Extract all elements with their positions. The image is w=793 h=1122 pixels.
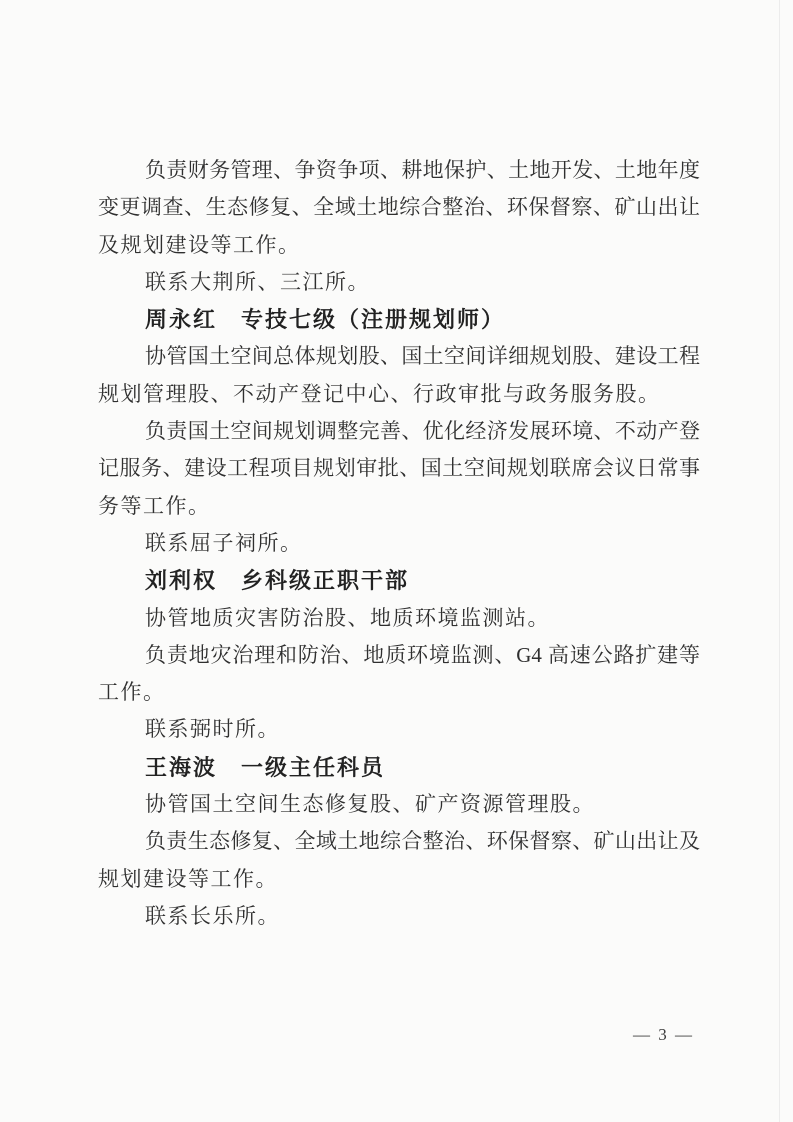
contact-line: 联系屈子祠所。 [98, 525, 700, 562]
duty-line: 及规划建设等工作。 [98, 227, 700, 264]
document-body: 负责财务管理、争资争项、耕地保护、土地开发、土地年度 变更调查、生态修复、全域土… [98, 152, 700, 935]
officer-rank: 乡科级正职干部 [241, 568, 409, 593]
officer-name: 刘利权 [145, 568, 217, 593]
duty-line: 协管地质灾害防治股、地质环境监测站。 [98, 600, 700, 637]
officer-heading: 周永红专技七级（注册规划师） [98, 301, 700, 338]
contact-line: 联系长乐所。 [98, 898, 700, 935]
duty-line: 负责生态修复、全域土地综合整治、环保督察、矿山出让及 [98, 823, 700, 860]
document-page: 负责财务管理、争资争项、耕地保护、土地开发、土地年度 变更调查、生态修复、全域土… [0, 0, 793, 1122]
duty-line: 记服务、建设工程项目规划审批、国土空间规划联席会议日常事 [98, 450, 700, 487]
duty-line: 负责国土空间规划调整完善、优化经济发展环境、不动产登 [98, 413, 700, 450]
officer-name: 王海波 [145, 755, 217, 780]
duty-line: 负责地灾治理和防治、地质环境监测、G4 高速公路扩建等 [98, 637, 700, 674]
officer-rank: 一级主任科员 [241, 755, 385, 780]
duty-line: 规划建设等工作。 [98, 861, 700, 898]
officer-name: 周永红 [145, 307, 217, 332]
duty-line: 务等工作。 [98, 488, 700, 525]
duty-line: 负责财务管理、争资争项、耕地保护、土地开发、土地年度 [98, 152, 700, 189]
duty-line: 变更调查、生态修复、全域土地综合整治、环保督察、矿山出让 [98, 189, 700, 226]
duty-line: 协管国土空间生态修复股、矿产资源管理股。 [98, 786, 700, 823]
page-number: — 3 — [633, 1025, 694, 1045]
duty-line: 工作。 [98, 674, 700, 711]
contact-line: 联系弼时所。 [98, 711, 700, 748]
officer-heading: 王海波一级主任科员 [98, 749, 700, 786]
officer-rank: 专技七级（注册规划师） [241, 307, 505, 332]
contact-line: 联系大荆所、三江所。 [98, 264, 700, 301]
duty-line: 规划管理股、不动产登记中心、行政审批与政务服务股。 [98, 376, 700, 413]
duty-line: 协管国土空间总体规划股、国土空间详细规划股、建设工程 [98, 338, 700, 375]
officer-heading: 刘利权乡科级正职干部 [98, 562, 700, 599]
scan-edge-artifact [779, 0, 780, 1122]
